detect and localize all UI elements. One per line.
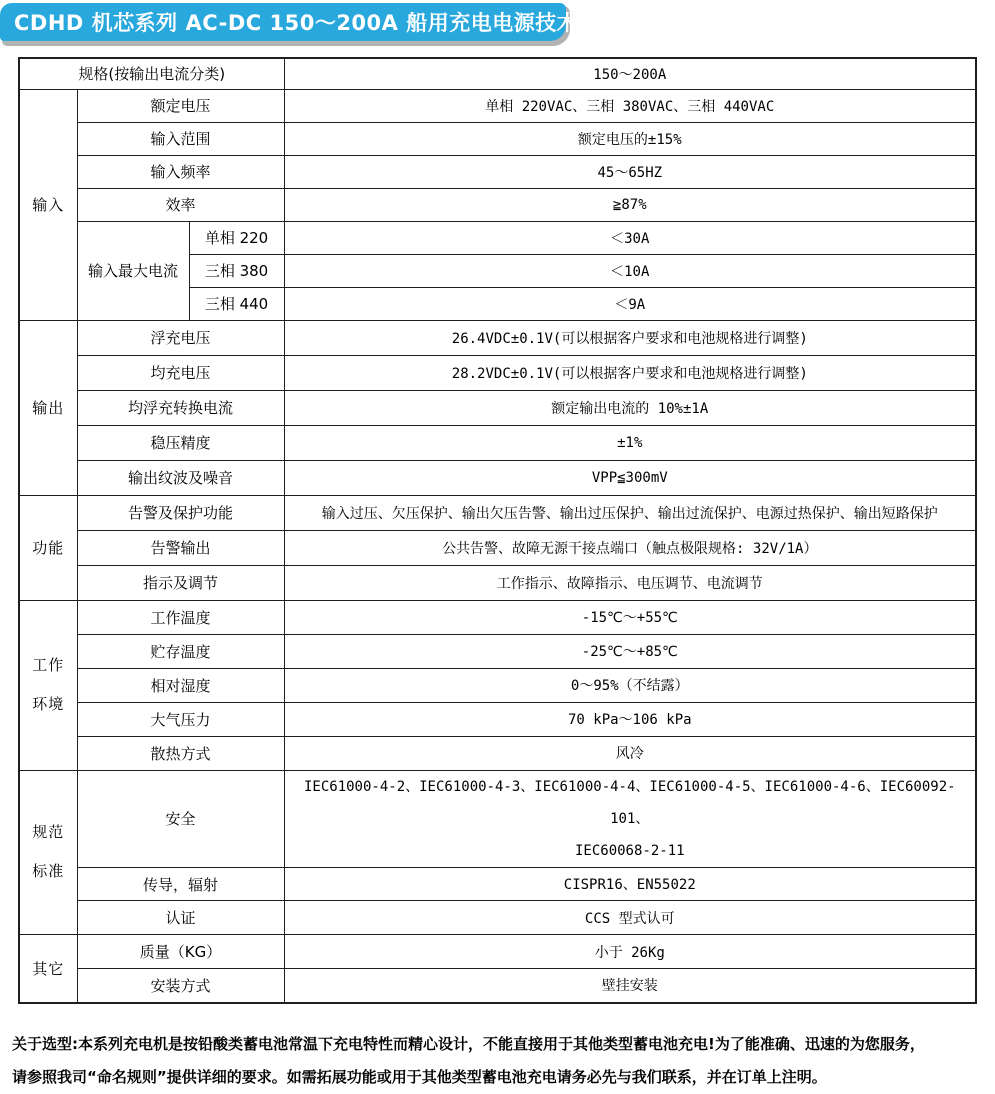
param-value-safety: IEC61000-4-2、IEC61000-4-3、IEC61000-4-4、I… <box>284 770 976 868</box>
table-row: 输出纹波及噪音 VPP≦300mV <box>19 460 976 495</box>
param-label: 大气压力 <box>77 702 284 736</box>
spec-value: 150～200A <box>284 58 976 89</box>
table-row: 功能 告警及保护功能 输入过压、欠压保护、输出欠压告警、输出过压保护、输出过流保… <box>19 495 976 530</box>
param-value: 输入过压、欠压保护、输出欠压告警、输出过压保护、输出过流保护、电源过热保护、输出… <box>284 495 976 530</box>
table-row: 输出 浮充电压 26.4VDC±0.1V(可以根据客户要求和电池规格进行调整) <box>19 320 976 355</box>
sub-param-label: 单相 220 <box>189 221 284 254</box>
table-row: 均浮充转换电流 额定输出电流的 10%±1A <box>19 390 976 425</box>
table-row: 指示及调节 工作指示、故障指示、电压调节、电流调节 <box>19 565 976 600</box>
section-label-line: 环境 <box>24 685 73 724</box>
table-row: 输入范围 额定电压的±15% <box>19 122 976 155</box>
section-label-line: 标准 <box>24 852 73 891</box>
param-label: 均充电压 <box>77 355 284 390</box>
param-value: 壁挂安装 <box>284 969 976 1003</box>
footer-note: 关于选型:本系列充电机是按铅酸类蓄电池常温下充电特性而精心设计，不能直接用于其他… <box>12 1028 972 1094</box>
section-label-environment: 工作 环境 <box>19 600 77 770</box>
param-label: 效率 <box>77 188 284 221</box>
sub-param-label: 三相 440 <box>189 287 284 320</box>
table-row: 相对湿度 0～95%（不结露） <box>19 668 976 702</box>
spec-label: 规格(按输出电流分类) <box>19 58 284 89</box>
table-row: 散热方式 风冷 <box>19 736 976 770</box>
page-title: CDHD 机芯系列 AC-DC 150～200A 船用充电电源技术参数 <box>14 7 621 37</box>
param-value: 公共告警、故障无源干接点端口（触点极限规格: 32V/1A） <box>284 530 976 565</box>
param-label: 安装方式 <box>77 969 284 1003</box>
section-label-function: 功能 <box>19 495 77 600</box>
footer-line-2: 请参照我司“命名规则”提供详细的要求。如需拓展功能或用于其他类型蓄电池充电请务必… <box>12 1061 972 1094</box>
section-label-input: 输入 <box>19 89 77 320</box>
safety-value-line: IEC60068-2-11 <box>289 835 972 867</box>
section-label-standards: 规范 标准 <box>19 770 77 935</box>
param-value: CISPR16、EN55022 <box>284 868 976 901</box>
param-value: -25℃～+85℃ <box>284 634 976 668</box>
param-value: ±1% <box>284 425 976 460</box>
param-label-max-current: 输入最大电流 <box>77 221 189 320</box>
param-label: 浮充电压 <box>77 320 284 355</box>
table-row: 大气压力 70 kPa～106 kPa <box>19 702 976 736</box>
param-value: 45～65HZ <box>284 155 976 188</box>
param-value: CCS 型式认可 <box>284 901 976 935</box>
table-row: 均充电压 28.2VDC±0.1V(可以根据客户要求和电池规格进行调整) <box>19 355 976 390</box>
table-row: 输入频率 45～65HZ <box>19 155 976 188</box>
param-value: ≧87% <box>284 188 976 221</box>
param-label: 认证 <box>77 901 284 935</box>
param-value: 额定电压的±15% <box>284 122 976 155</box>
table-row: 其它 质量（KG） 小于 26Kg <box>19 935 976 969</box>
param-label: 相对湿度 <box>77 668 284 702</box>
param-label: 输出纹波及噪音 <box>77 460 284 495</box>
table-row: 规范 标准 安全 IEC61000-4-2、IEC61000-4-3、IEC61… <box>19 770 976 868</box>
param-label: 输入范围 <box>77 122 284 155</box>
param-label: 告警及保护功能 <box>77 495 284 530</box>
param-label: 散热方式 <box>77 736 284 770</box>
param-label: 工作温度 <box>77 600 284 634</box>
sub-param-label: 三相 380 <box>189 254 284 287</box>
section-label-line: 工作 <box>24 646 73 685</box>
param-value: 28.2VDC±0.1V(可以根据客户要求和电池规格进行调整) <box>284 355 976 390</box>
table-row: 安装方式 壁挂安装 <box>19 969 976 1003</box>
footer-line-1: 关于选型:本系列充电机是按铅酸类蓄电池常温下充电特性而精心设计，不能直接用于其他… <box>12 1028 972 1061</box>
param-value: ＜10A <box>284 254 976 287</box>
spec-table: 规格(按输出电流分类) 150～200A 输入 额定电压 单相 220VAC、三… <box>18 57 977 1004</box>
table-row: 告警输出 公共告警、故障无源干接点端口（触点极限规格: 32V/1A） <box>19 530 976 565</box>
param-label: 输入频率 <box>77 155 284 188</box>
table-row: 规格(按输出电流分类) 150～200A <box>19 58 976 89</box>
table-row: 效率 ≧87% <box>19 188 976 221</box>
safety-value-line: IEC61000-4-2、IEC61000-4-3、IEC61000-4-4、I… <box>289 771 972 835</box>
section-label-output: 输出 <box>19 320 77 495</box>
param-label: 传导，辐射 <box>77 868 284 901</box>
param-value: 70 kPa～106 kPa <box>284 702 976 736</box>
table-row: 输入 额定电压 单相 220VAC、三相 380VAC、三相 440VAC <box>19 89 976 122</box>
param-value: 风冷 <box>284 736 976 770</box>
param-value: 0～95%（不结露） <box>284 668 976 702</box>
param-label: 指示及调节 <box>77 565 284 600</box>
param-label: 告警输出 <box>77 530 284 565</box>
param-label: 贮存温度 <box>77 634 284 668</box>
param-label: 稳压精度 <box>77 425 284 460</box>
param-value: ＜9A <box>284 287 976 320</box>
table-row: 认证 CCS 型式认可 <box>19 901 976 935</box>
param-label: 均浮充转换电流 <box>77 390 284 425</box>
section-label-line: 规范 <box>24 813 73 852</box>
param-value: 小于 26Kg <box>284 935 976 969</box>
param-value: -15℃～+55℃ <box>284 600 976 634</box>
param-label: 安全 <box>77 770 284 868</box>
section-label-other: 其它 <box>19 935 77 1003</box>
param-value: 单相 220VAC、三相 380VAC、三相 440VAC <box>284 89 976 122</box>
table-row: 输入最大电流 单相 220 ＜30A <box>19 221 976 254</box>
table-row: 工作 环境 工作温度 -15℃～+55℃ <box>19 600 976 634</box>
param-value: 26.4VDC±0.1V(可以根据客户要求和电池规格进行调整) <box>284 320 976 355</box>
param-label: 质量（KG） <box>77 935 284 969</box>
table-row: 稳压精度 ±1% <box>19 425 976 460</box>
param-value: ＜30A <box>284 221 976 254</box>
title-banner: CDHD 机芯系列 AC-DC 150～200A 船用充电电源技术参数 <box>0 3 566 41</box>
param-value: VPP≦300mV <box>284 460 976 495</box>
table-row: 传导，辐射 CISPR16、EN55022 <box>19 868 976 901</box>
param-label: 额定电压 <box>77 89 284 122</box>
table-row: 贮存温度 -25℃～+85℃ <box>19 634 976 668</box>
param-value: 工作指示、故障指示、电压调节、电流调节 <box>284 565 976 600</box>
param-value: 额定输出电流的 10%±1A <box>284 390 976 425</box>
